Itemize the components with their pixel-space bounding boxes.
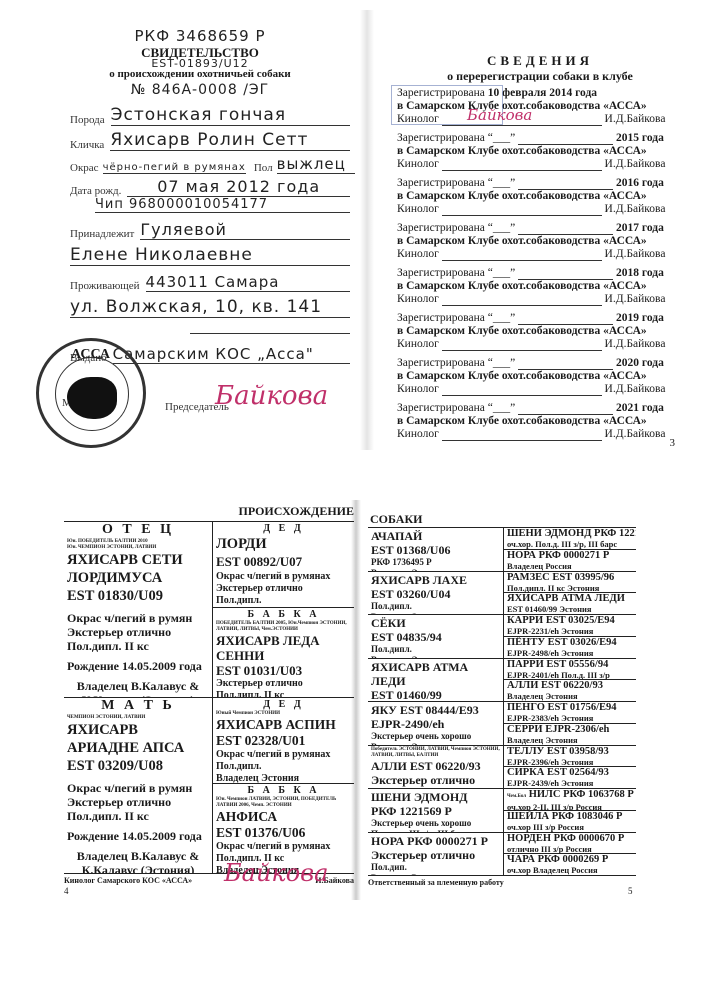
- great-great-grandparent-cell: АЛЛИ EST 06220/93Владелец Эстония: [503, 679, 636, 701]
- rkf-number: РКФ 3468659 Р: [40, 27, 360, 45]
- paternal-grandmother-cell: Б А Б К А ПОБЕДИТЕЛЬ БАЛТИИ 2005, Юн.Чем…: [212, 607, 354, 697]
- page-number-5: 5: [628, 885, 633, 898]
- mother-cell: М А Т Ь ЧЕМПИОН ЭСТОНИИ, ЛАТВИИ ЯХИСАРВ …: [64, 697, 212, 873]
- great-grandparent-cell: СЁКИEST 04835/94Пол.дипл.Владелец Эстони…: [368, 614, 503, 658]
- mother-name: ЯХИСАРВ АРИАДНЕ АПСА: [67, 721, 209, 757]
- great-great-grandparent-cell: ТЕЛЛУ EST 03958/93EJPR-2396/eh Эстония: [503, 745, 636, 767]
- great-great-grandparent-cell: ПЕНГО EST 01756/E94EJPR-2383/eh Эстония: [503, 701, 636, 723]
- great-great-grandparent-cell: СИРКА EST 02564/93EJPR-2439/eh Эстония: [503, 766, 636, 788]
- great-great-grandparent-cell: КАРРИ EST 03025/E94EJPR-2231/eh Эстония: [503, 614, 636, 636]
- registration-entry: Зарегистрирована “___” 2018 годав Самарс…: [397, 267, 697, 306]
- pedigree-heading-2: СОБАКИ: [370, 513, 422, 526]
- mother-reg: EST 03209/U08: [67, 757, 209, 775]
- registration-entry: Зарегистрирована “___” 2015 годав Самарс…: [397, 132, 697, 171]
- great-grandparent-cell: ЯКУ EST 08444/E93EJPR-2490/ehЭкстерьер о…: [368, 701, 503, 745]
- page5-footer: Ответственный за племенную работу: [368, 875, 636, 889]
- breed-field: Порода Эстонская гончая: [70, 105, 350, 126]
- address-line-2: ул. Волжская, 10, кв. 141: [70, 297, 350, 318]
- great-great-grandparent-cell: СЕРРИ EJPR-2306/ehВладелец Эстония: [503, 723, 636, 745]
- registration-entry: Зарегистрирована 10 февраля 2014 годав С…: [397, 87, 697, 126]
- address-line-1: 443011 Самара: [146, 273, 350, 292]
- dob-field: Дата рожд. 07 мая 2012 года: [70, 177, 350, 197]
- great-great-grandparent-cell: ПЁНТУ EST 03026/E94EJPR-2498/eh Эстония: [503, 636, 636, 658]
- owner-line-1: Гуляевой: [140, 220, 350, 240]
- great-great-grandparent-cell: Чем.Бол НИЛС РКФ 1063768 Роч.хор 2-II, I…: [503, 788, 636, 810]
- maternal-grandfather-cell: Д Е Д Юный Чемпион ЭСТОНИИ ЯХИСАРВ АСПИН…: [212, 697, 354, 783]
- great-great-grandparent-cell: РАМЗЕС EST 03995/96Пол.дипл. II кс Эстон…: [503, 571, 636, 593]
- page3-subtitle: о перерегистрации собаки в клубе: [375, 69, 705, 84]
- owner-field: Принадлежит Гуляевой: [70, 220, 350, 240]
- registration-entry: Зарегистрирована “___” 2017 годав Самарс…: [397, 222, 697, 261]
- sex-value: выжлец: [277, 155, 355, 174]
- great-grandparent-cell: ЯХИСАРВ ЛАХЕEST 03260/U04Пол.дипл.Владел…: [368, 571, 503, 615]
- dob-value: 07 мая 2012 года: [127, 177, 350, 197]
- chip-value: Чип 968000010054177: [95, 197, 350, 213]
- blank-line: [190, 333, 350, 334]
- color-sex-field: Окрас чёрно-пегий в румянах Пол выжлец: [70, 155, 355, 174]
- color-value: чёрно-пегий в румянах: [103, 162, 246, 174]
- great-great-grandparent-cell: ЯХИСАРВ АТМА ЛЕДИEST 01460/99 Эстония: [503, 592, 636, 614]
- registration-entry: Зарегистрирована “___” 2020 годав Самарс…: [397, 357, 697, 396]
- certificate-number: № 846А-0008 /ЭГ: [40, 82, 360, 98]
- dog-emblem-icon: [67, 377, 117, 419]
- great-grandparent-cell: ЯХИСАРВ АТМА ЛЕДИEST 01460/99Пол.дипл.Вл…: [368, 658, 503, 702]
- father-reg: EST 01830/U09: [67, 587, 209, 605]
- club-stamp: АССА: [36, 338, 146, 448]
- certificate-subtitle: о происхождении охотничьей собаки: [40, 68, 360, 80]
- page3-title: СВЕДЕНИЯ: [375, 53, 705, 69]
- great-great-grandparent-cell: НОРДЕН РКФ 0000670 Ротлично III з/р Росс…: [503, 832, 636, 854]
- chairman-signature: Байкова: [215, 381, 328, 411]
- great-great-grandparent-cell: ШЕЙЛА РКФ 1083046 Роч.хор III з/р Россия: [503, 810, 636, 832]
- kinolog-signature: Байкова: [467, 109, 532, 122]
- registration-entry: Зарегистрирована “___” 2016 годав Самарс…: [397, 177, 697, 216]
- page-number-3: 3: [670, 437, 676, 449]
- registration-entry: Зарегистрирована “___” 2021 годав Самарс…: [397, 402, 697, 441]
- great-grandparent-cell: ШЕНИ ЭДМОНДРКФ 1221569 РЭкстерьер очень …: [368, 788, 503, 832]
- great-great-grandparent-cell: ПАРРИ EST 05556/94EJPR-2401/eh Пол.д. II…: [503, 658, 636, 680]
- father-name: ЯХИСАРВ СЕТИ ЛОРДИМУСА: [67, 551, 209, 587]
- issued-value: Самарским КОС „Асса": [113, 345, 350, 364]
- great-great-grandparent-cell: ЧАРА РКФ 0000269 Роч.хор Владелец Россия: [503, 853, 636, 875]
- great-grandparent-cell: НОРА РКФ 0000271 РЭкстерьер отличноПол.д…: [368, 832, 503, 876]
- paternal-grandfather-cell: Д Е Д ЛОРДИ EST 00892/U07 Окрас ч/пегий …: [212, 521, 354, 607]
- chip-field: Чип 968000010054177: [95, 197, 350, 213]
- registration-entry: Зарегистрирована “___” 2019 годав Самарс…: [397, 312, 697, 351]
- great-great-grandparent-cell: НОРА РКФ 0000271 РВладелец Россия: [503, 549, 636, 571]
- great-great-grandparent-cell: ШЕНИ ЭДМОНД РКФ 1221569оч.хор. Пол.д. II…: [503, 527, 636, 549]
- name-field: Кличка Яхисарв Ролин Сетт: [70, 130, 350, 151]
- page-3-reregistration: СВЕДЕНИЯ о перерегистрации собаки в клуб…: [375, 25, 705, 445]
- name-value: Яхисарв Ролин Сетт: [110, 130, 350, 151]
- registration-date: 10 февраля 2014 года: [488, 87, 597, 99]
- spine-fold-top: [360, 10, 374, 450]
- kinolog-signature: Байкова: [224, 867, 328, 880]
- father-cell: О Т Е Ц Юн. ПОБЕДИТЕЛЬ БАЛТИИ 2010 Юн. Ч…: [64, 521, 212, 697]
- great-grandparent-cell: Победитель ЭСТОНИИ, ЛАТВИИ, Чемпион ЭСТО…: [368, 745, 503, 789]
- page-4-pedigree: ПРОИСХОЖДЕНИЕ О Т Е Ц Юн. ПОБЕДИТЕЛЬ БАЛ…: [64, 505, 354, 900]
- stamp-text: АССА: [71, 347, 110, 363]
- owner-line-2: Елене Николаевне: [70, 245, 350, 266]
- address-field: Проживающей 443011 Самара: [70, 273, 350, 292]
- page-5-pedigree: СОБАКИ АЧАПАЙEST 01368/U06РКФ 1736495 РВ…: [368, 505, 668, 900]
- breed-value: Эстонская гончая: [111, 105, 350, 126]
- page-number-4: 4: [64, 885, 69, 898]
- great-grandparent-cell: АЧАПАЙEST 01368/U06РКФ 1736495 РВладелец…: [368, 527, 503, 571]
- pedigree-heading: ПРОИСХОЖДЕНИЕ: [238, 505, 354, 518]
